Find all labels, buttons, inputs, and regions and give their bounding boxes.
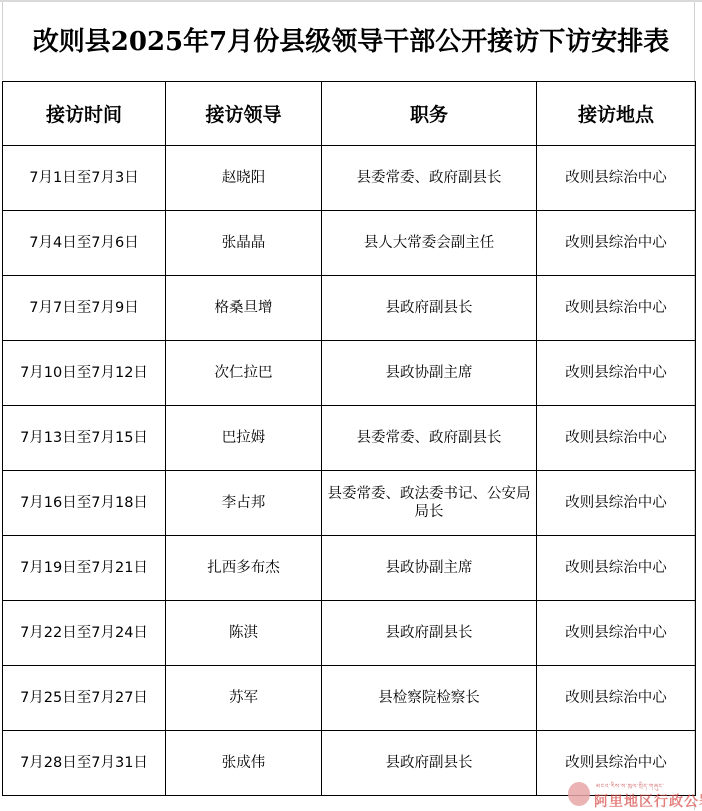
cell-time: 7月13日至7月15日 bbox=[3, 406, 166, 471]
cell-time: 7月19日至7月21日 bbox=[3, 536, 166, 601]
cell-leader: 张成伟 bbox=[166, 731, 322, 796]
cell-location: 改则县综治中心 bbox=[537, 601, 696, 666]
cell-location: 改则县综治中心 bbox=[537, 341, 696, 406]
cell-position: 县委常委、政府副县长 bbox=[322, 406, 537, 471]
cell-position: 县政协副主席 bbox=[322, 341, 537, 406]
document-title: 改则县2025年7月份县级领导干部公开接访下访安排表 bbox=[0, 22, 702, 62]
cell-leader: 赵晓阳 bbox=[166, 146, 322, 211]
cell-location: 改则县综治中心 bbox=[537, 536, 696, 601]
cell-position: 县委常委、政府副县长 bbox=[322, 146, 537, 211]
cell-leader: 陈淇 bbox=[166, 601, 322, 666]
cell-position: 县检察院检察长 bbox=[322, 666, 537, 731]
cell-leader: 苏军 bbox=[166, 666, 322, 731]
watermark: མངའ་རིས་ས་ཁུལ་སྲིད་གཞུང་ 阿里地区行政公署 bbox=[560, 780, 702, 810]
table-row: 7月1日至7月3日 赵晓阳 县委常委、政府副县长 改则县综治中心 bbox=[3, 146, 696, 211]
cell-time: 7月25日至7月27日 bbox=[3, 666, 166, 731]
cell-time: 7月28日至7月31日 bbox=[3, 731, 166, 796]
cell-location: 改则县综治中心 bbox=[537, 276, 696, 341]
cell-leader: 次仁拉巴 bbox=[166, 341, 322, 406]
cell-location: 改则县综治中心 bbox=[537, 406, 696, 471]
table-row: 7月19日至7月21日 扎西多布杰 县政协副主席 改则县综治中心 bbox=[3, 536, 696, 601]
sheet-top-border bbox=[0, 0, 702, 2]
header-position: 职务 bbox=[322, 82, 537, 146]
cell-position: 县委常委、政法委书记、公安局局长 bbox=[322, 471, 537, 536]
header-time: 接访时间 bbox=[3, 82, 166, 146]
header-row: 接访时间 接访领导 职务 接访地点 bbox=[3, 82, 696, 146]
cell-leader: 巴拉姆 bbox=[166, 406, 322, 471]
schedule-table: 接访时间 接访领导 职务 接访地点 7月1日至7月3日 赵晓阳 县委常委、政府副… bbox=[2, 81, 696, 796]
table-row: 7月4日至7月6日 张晶晶 县人大常委会副主任 改则县综治中心 bbox=[3, 211, 696, 276]
cell-leader: 李占邦 bbox=[166, 471, 322, 536]
table-row: 7月10日至7月12日 次仁拉巴 县政协副主席 改则县综治中心 bbox=[3, 341, 696, 406]
watermark-text: 阿里地区行政公署 bbox=[594, 791, 702, 811]
cell-time: 7月16日至7月18日 bbox=[3, 471, 166, 536]
cell-location: 改则县综治中心 bbox=[537, 471, 696, 536]
cell-leader: 格桑旦增 bbox=[166, 276, 322, 341]
cell-leader: 张晶晶 bbox=[166, 211, 322, 276]
table-row: 7月25日至7月27日 苏军 县检察院检察长 改则县综治中心 bbox=[3, 666, 696, 731]
cell-location: 改则县综治中心 bbox=[537, 666, 696, 731]
national-emblem-icon bbox=[568, 782, 590, 806]
cell-position: 县政协副主席 bbox=[322, 536, 537, 601]
table-row: 7月13日至7月15日 巴拉姆 县委常委、政府副县长 改则县综治中心 bbox=[3, 406, 696, 471]
header-leader: 接访领导 bbox=[166, 82, 322, 146]
cell-time: 7月7日至7月9日 bbox=[3, 276, 166, 341]
cell-position: 县政府副县长 bbox=[322, 731, 537, 796]
cell-location: 改则县综治中心 bbox=[537, 146, 696, 211]
cell-location: 改则县综治中心 bbox=[537, 211, 696, 276]
table-row: 7月16日至7月18日 李占邦 县委常委、政法委书记、公安局局长 改则县综治中心 bbox=[3, 471, 696, 536]
cell-position: 县人大常委会副主任 bbox=[322, 211, 537, 276]
cell-time: 7月22日至7月24日 bbox=[3, 601, 166, 666]
cell-position: 县政府副县长 bbox=[322, 276, 537, 341]
cell-position: 县政府副县长 bbox=[322, 601, 537, 666]
header-location: 接访地点 bbox=[537, 82, 696, 146]
cell-leader: 扎西多布杰 bbox=[166, 536, 322, 601]
table-row: 7月22日至7月24日 陈淇 县政府副县长 改则县综治中心 bbox=[3, 601, 696, 666]
table-row: 7月7日至7月9日 格桑旦增 县政府副县长 改则县综治中心 bbox=[3, 276, 696, 341]
cell-time: 7月10日至7月12日 bbox=[3, 341, 166, 406]
cell-time: 7月1日至7月3日 bbox=[3, 146, 166, 211]
cell-time: 7月4日至7月6日 bbox=[3, 211, 166, 276]
